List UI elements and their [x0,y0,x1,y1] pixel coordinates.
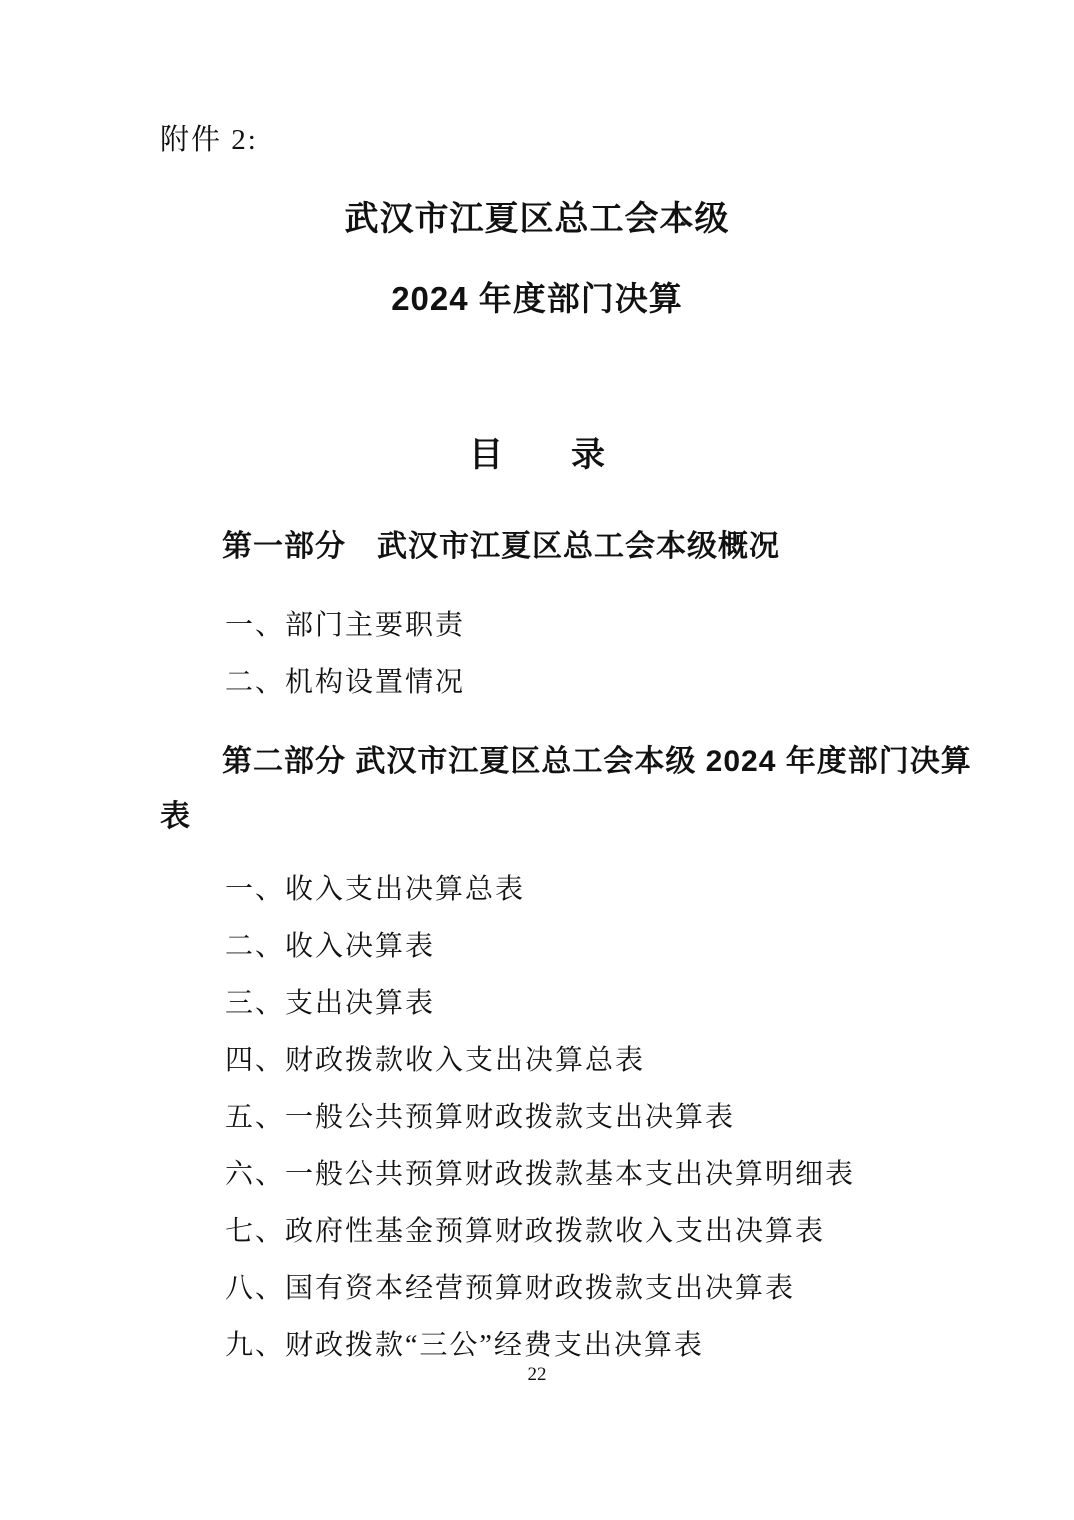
toc-item-part2-1: 一、收入支出决算总表 [225,874,525,906]
toc-item-part2-2: 二、收入决算表 [225,931,435,963]
toc-item-part2-4: 四、财政拨款收入支出决算总表 [225,1045,645,1077]
toc-item-part2-5: 五、一般公共预算财政拨款支出决算表 [225,1102,735,1134]
attachment-label: 附件 2: [160,124,258,157]
document-page: 附件 2: 武汉市江夏区总工会本级 2024 年度部门决算 目 录 第一部分 武… [0,0,1074,1520]
part1-heading: 第一部分 武汉市江夏区总工会本级概况 [222,530,780,565]
toc-item-part1-1: 一、部门主要职责 [225,610,465,642]
part2-heading-line-1: 第二部分 武汉市江夏区总工会本级 2024 年度部门决算 [222,745,972,780]
toc-item-part2-6: 六、一般公共预算财政拨款基本支出决算明细表 [225,1159,855,1191]
toc-title: 目 录 [0,436,1074,475]
page-number: 22 [0,1364,1074,1386]
toc-item-part1-2: 二、机构设置情况 [225,667,465,699]
part2-heading-line-2: 表 [160,800,191,835]
document-title-line-2: 2024 年度部门决算 [0,280,1074,318]
toc-item-part2-8: 八、国有资本经营预算财政拨款支出决算表 [225,1273,795,1305]
toc-item-part2-9: 九、财政拨款“三公”经费支出决算表 [225,1330,704,1362]
toc-item-part2-3: 三、支出决算表 [225,988,435,1020]
toc-item-part2-7: 七、政府性基金预算财政拨款收入支出决算表 [225,1216,825,1248]
document-title-line-1: 武汉市江夏区总工会本级 [0,200,1074,239]
